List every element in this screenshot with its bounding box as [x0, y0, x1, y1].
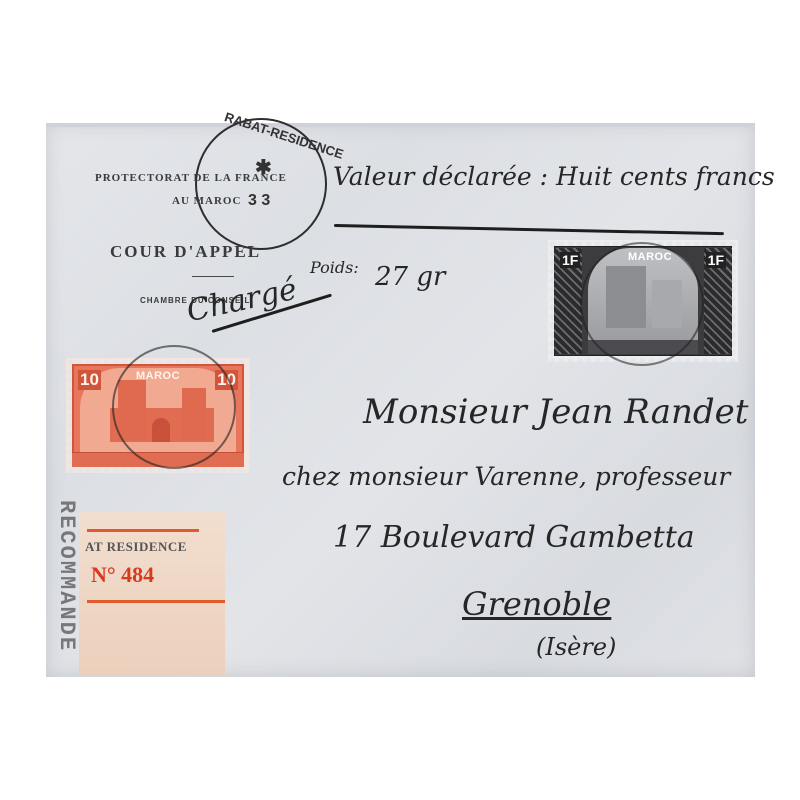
- reg-label-number: N° 484: [91, 562, 154, 588]
- postmark-date: 3 3: [248, 192, 270, 210]
- address-line3: 17 Boulevard Gambetta: [333, 520, 695, 555]
- reg-label-office: AT RESIDENCE: [85, 539, 187, 555]
- address-line5: (Isère): [536, 633, 616, 661]
- letterhead-line1: PROTECTORAT DE LA FRANCE: [95, 172, 287, 184]
- address-line2: chez monsieur Varenne, professeur: [282, 462, 730, 491]
- edge-cancel-stamp: RECOMMANDE: [47, 500, 79, 650]
- stamp-10c-value-left: 10: [78, 370, 101, 390]
- declared-value: Valeur déclarée : Huit cents francs: [333, 162, 775, 191]
- registration-label: AT RESIDENCE N° 484: [79, 512, 225, 676]
- address-line4: Grenoble: [462, 585, 611, 623]
- weight-label: Poids:: [310, 258, 359, 277]
- reg-label-bottom-line: [87, 600, 225, 603]
- reg-label-top-line: [87, 529, 199, 532]
- address-line1: Monsieur Jean Randet: [363, 392, 748, 432]
- postmark-10c-stamp: [112, 345, 236, 469]
- letterhead-court: COUR D'APPEL: [110, 242, 261, 262]
- postmark-1f-stamp: [580, 242, 704, 366]
- stamp-1f-value-right: 1F: [706, 252, 726, 268]
- letterhead-divider: [192, 276, 234, 277]
- weight-value: 27 gr: [375, 262, 445, 292]
- letterhead-line2: AU MAROC: [172, 195, 241, 207]
- stamp-1f-value-left: 1F: [560, 252, 580, 268]
